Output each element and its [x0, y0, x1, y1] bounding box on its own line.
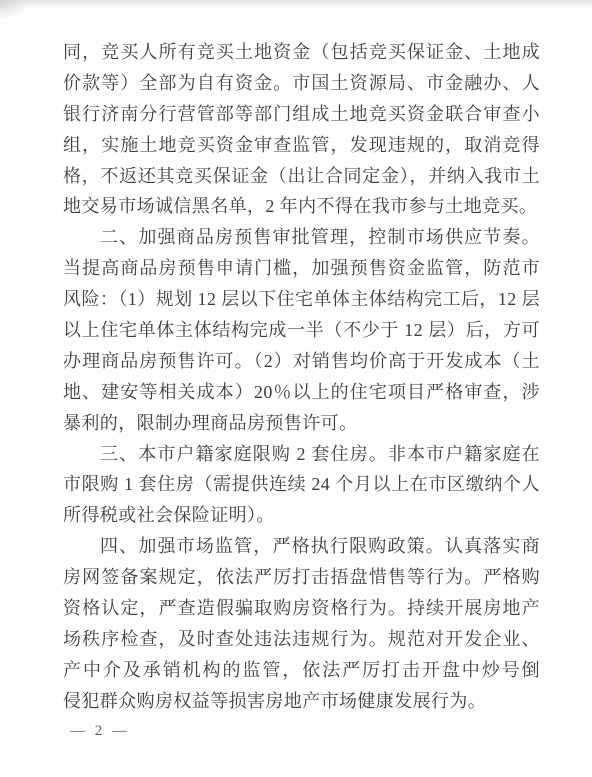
- text-line: 办理商品房预售许可。（2）对销售均价高于开发成本（土: [63, 346, 540, 377]
- paragraph: 四、加强市场监管，严格执行限购政策。认真落实商品 房网签备案规定，依法严厉打击捂…: [63, 531, 540, 716]
- paragraph: 三、本市户籍家庭限购 2 套住房。非本市户籍家庭在我 市限购 1 套住房（需提供…: [63, 439, 540, 532]
- document-body: 同，竞买人所有竞买土地资金（包括竞买保证金、土地成交 价款等）全部为自有资金。市…: [63, 37, 540, 717]
- text-line: 三、本市户籍家庭限购 2 套住房。非本市户籍家庭在我: [63, 439, 540, 470]
- text-line: 格，不返还其竞买保证金（出让合同定金），并纳入我市土: [63, 161, 540, 192]
- text-line: 地、建安等相关成本）20％以上的住宅项目严格审查，涉嫌: [63, 377, 540, 408]
- text-line: 银行济南分行营管部等部门组成土地竞买资金联合审查小: [63, 99, 540, 130]
- text-line: 市限购 1 套住房（需提供连续 24 个月以上在市区缴纳个人: [63, 469, 540, 500]
- text-line: 同，竞买人所有竞买土地资金（包括竞买保证金、土地成交: [63, 37, 540, 68]
- text-line: 以上住宅单体主体结构完成一半（不少于 12 层）后，方可: [63, 315, 540, 346]
- text-line: 产中介及承销机构的监管，依法严厉打击开盘中炒号倒号、: [63, 655, 540, 686]
- page-number: — 2 —: [70, 721, 130, 741]
- scanned-document-page: 同，竞买人所有竞买土地资金（包括竞买保证金、土地成交 价款等）全部为自有资金。市…: [0, 0, 592, 777]
- text-line: 二、加强商品房预售审批管理，控制市场供应节奏。适: [63, 222, 540, 253]
- text-line: 组，实施土地竞买资金审查监管，发现违规的，取消竞得资: [63, 130, 540, 161]
- scan-edge-artifact: [0, 0, 592, 10]
- paragraph: 二、加强商品房预售审批管理，控制市场供应节奏。适 当提高商品房预售申请门槛，加强…: [63, 222, 540, 438]
- text-line: 场秩序检查，及时查处违法违规行为。规范对开发企业、房: [63, 624, 540, 655]
- text-line: 价款等）全部为自有资金。市国土资源局、市金融办、人民: [63, 68, 540, 99]
- text-line: 所得税或社会保险证明）。: [63, 500, 540, 531]
- text-line: 地交易市场诚信黑名单，2 年内不得在我市参与土地竞买。: [63, 191, 540, 222]
- text-line: 资格认定，严查造假骗取购房资格行为。持续开展房地产市: [63, 593, 540, 624]
- paragraph: 同，竞买人所有竞买土地资金（包括竞买保证金、土地成交 价款等）全部为自有资金。市…: [63, 37, 540, 222]
- text-line: 侵犯群众购房权益等损害房地产市场健康发展行为。: [63, 686, 540, 717]
- text-line: 房网签备案规定，依法严厉打击捂盘惜售等行为。严格购房: [63, 562, 540, 593]
- text-line: 四、加强市场监管，严格执行限购政策。认真落实商品: [63, 531, 540, 562]
- text-line: 风险：（1）规划 12 层以下住宅单体主体结构完工后，12 层: [63, 284, 540, 315]
- text-line: 当提高商品房预售申请门槛，加强预售资金监管，防范市场: [63, 253, 540, 284]
- text-line: 暴利的，限制办理商品房预售许可。: [63, 408, 540, 439]
- scan-corner-artifact: [0, 0, 30, 20]
